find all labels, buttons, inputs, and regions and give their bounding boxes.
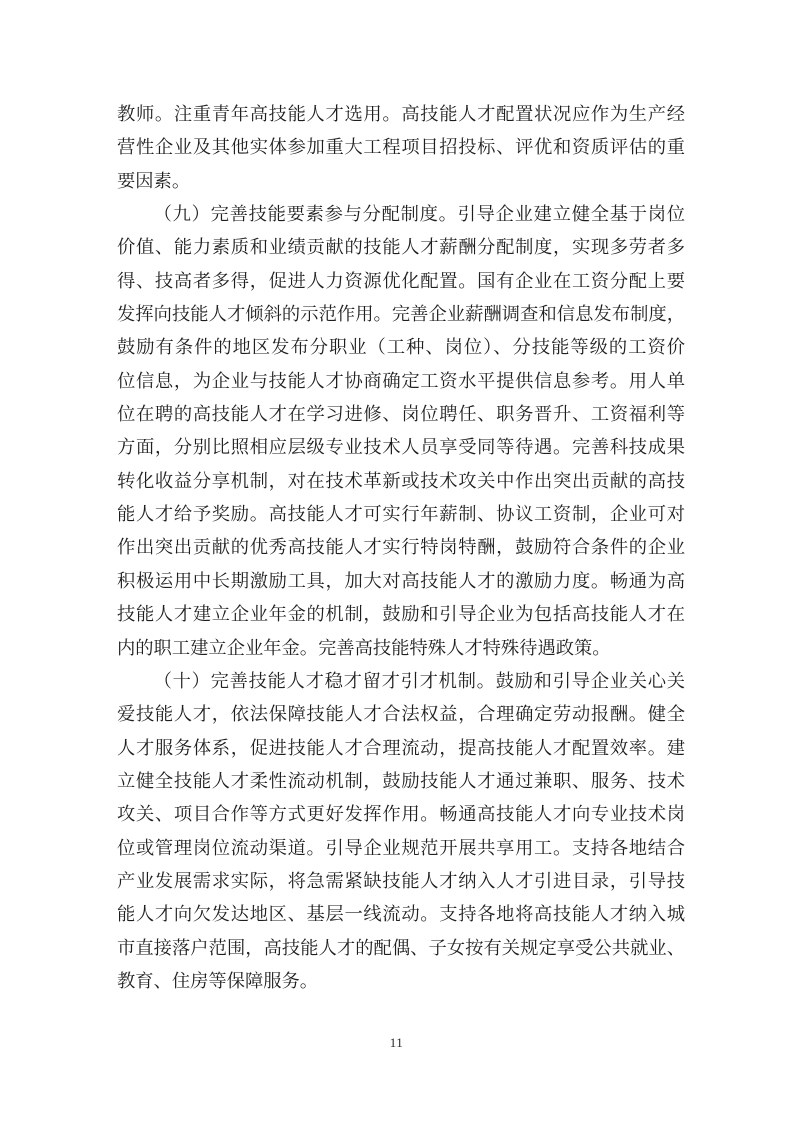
page-footer: 11 xyxy=(0,1034,793,1052)
text-line: 价值、能力素质和业绩贡献的技能人才薪酬分配制度，实现多劳者多 xyxy=(117,231,685,264)
text-line: 能人才向欠发达地区、基层一线流动。支持各地将高技能人才纳入城 xyxy=(117,898,685,931)
paragraph: 教师。注重青年高技能人才选用。高技能人才配置状况应作为生产经营性企业及其他实体参… xyxy=(117,98,685,198)
text-line: 立健全技能人才柔性流动机制，鼓励技能人才通过兼职、服务、技术 xyxy=(117,765,685,798)
text-line: 位信息，为企业与技能人才协商确定工资水平提供信息参考。用人单 xyxy=(117,365,685,398)
text-line: 积极运用中长期激励工具，加大对高技能人才的激励力度。畅通为高 xyxy=(117,565,685,598)
text-line: 市直接落户范围，高技能人才的配偶、子女按有关规定享受公共就业、 xyxy=(117,932,685,965)
paragraph: （十）完善技能人才稳才留才引才机制。鼓励和引导企业关心关爱技能人才，依法保障技能… xyxy=(117,665,685,998)
text-line: 鼓励有条件的地区发布分职业（工种、岗位）、分技能等级的工资价 xyxy=(117,331,685,364)
document-page: 教师。注重青年高技能人才选用。高技能人才配置状况应作为生产经营性企业及其他实体参… xyxy=(0,0,793,1122)
document-body: 教师。注重青年高技能人才选用。高技能人才配置状况应作为生产经营性企业及其他实体参… xyxy=(117,98,685,998)
text-line: 教育、住房等保障服务。 xyxy=(117,965,685,998)
text-line: 营性企业及其他实体参加重大工程项目招投标、评优和资质评估的重 xyxy=(117,131,685,164)
text-line: 位或管理岗位流动渠道。引导企业规范开展共享用工。支持各地结合 xyxy=(117,832,685,865)
text-line: 人才服务体系，促进技能人才合理流动，提高技能人才配置效率。建 xyxy=(117,732,685,765)
text-line: 技能人才建立企业年金的机制，鼓励和引导企业为包括高技能人才在 xyxy=(117,598,685,631)
text-line: 攻关、项目合作等方式更好发挥作用。畅通高技能人才向专业技术岗 xyxy=(117,798,685,831)
text-line: 产业发展需求实际，将急需紧缺技能人才纳入人才引进目录，引导技 xyxy=(117,865,685,898)
text-line: （九）完善技能要素参与分配制度。引导企业建立健全基于岗位 xyxy=(117,198,685,231)
text-line: 要因素。 xyxy=(117,165,685,198)
text-line: 方面，分别比照相应层级专业技术人员享受同等待遇。完善科技成果 xyxy=(117,431,685,464)
text-line: 内的职工建立企业年金。完善高技能特殊人才特殊待遇政策。 xyxy=(117,632,685,665)
text-line: 位在聘的高技能人才在学习进修、岗位聘任、职务晋升、工资福利等 xyxy=(117,398,685,431)
text-line: 发挥向技能人才倾斜的示范作用。完善企业薪酬调查和信息发布制度， xyxy=(117,298,685,331)
text-line: 作出突出贡献的优秀高技能人才实行特岗特酬，鼓励符合条件的企业 xyxy=(117,531,685,564)
page-number: 11 xyxy=(390,1034,404,1052)
text-line: 得、技高者多得，促进人力资源优化配置。国有企业在工资分配上要 xyxy=(117,265,685,298)
text-line: 能人才给予奖励。高技能人才可实行年薪制、协议工资制，企业可对 xyxy=(117,498,685,531)
text-line: 转化收益分享机制，对在技术革新或技术攻关中作出突出贡献的高技 xyxy=(117,465,685,498)
text-line: 爱技能人才，依法保障技能人才合法权益，合理确定劳动报酬。健全 xyxy=(117,698,685,731)
text-line: 教师。注重青年高技能人才选用。高技能人才配置状况应作为生产经 xyxy=(117,98,685,131)
text-line: （十）完善技能人才稳才留才引才机制。鼓励和引导企业关心关 xyxy=(117,665,685,698)
paragraph: （九）完善技能要素参与分配制度。引导企业建立健全基于岗位价值、能力素质和业绩贡献… xyxy=(117,198,685,665)
